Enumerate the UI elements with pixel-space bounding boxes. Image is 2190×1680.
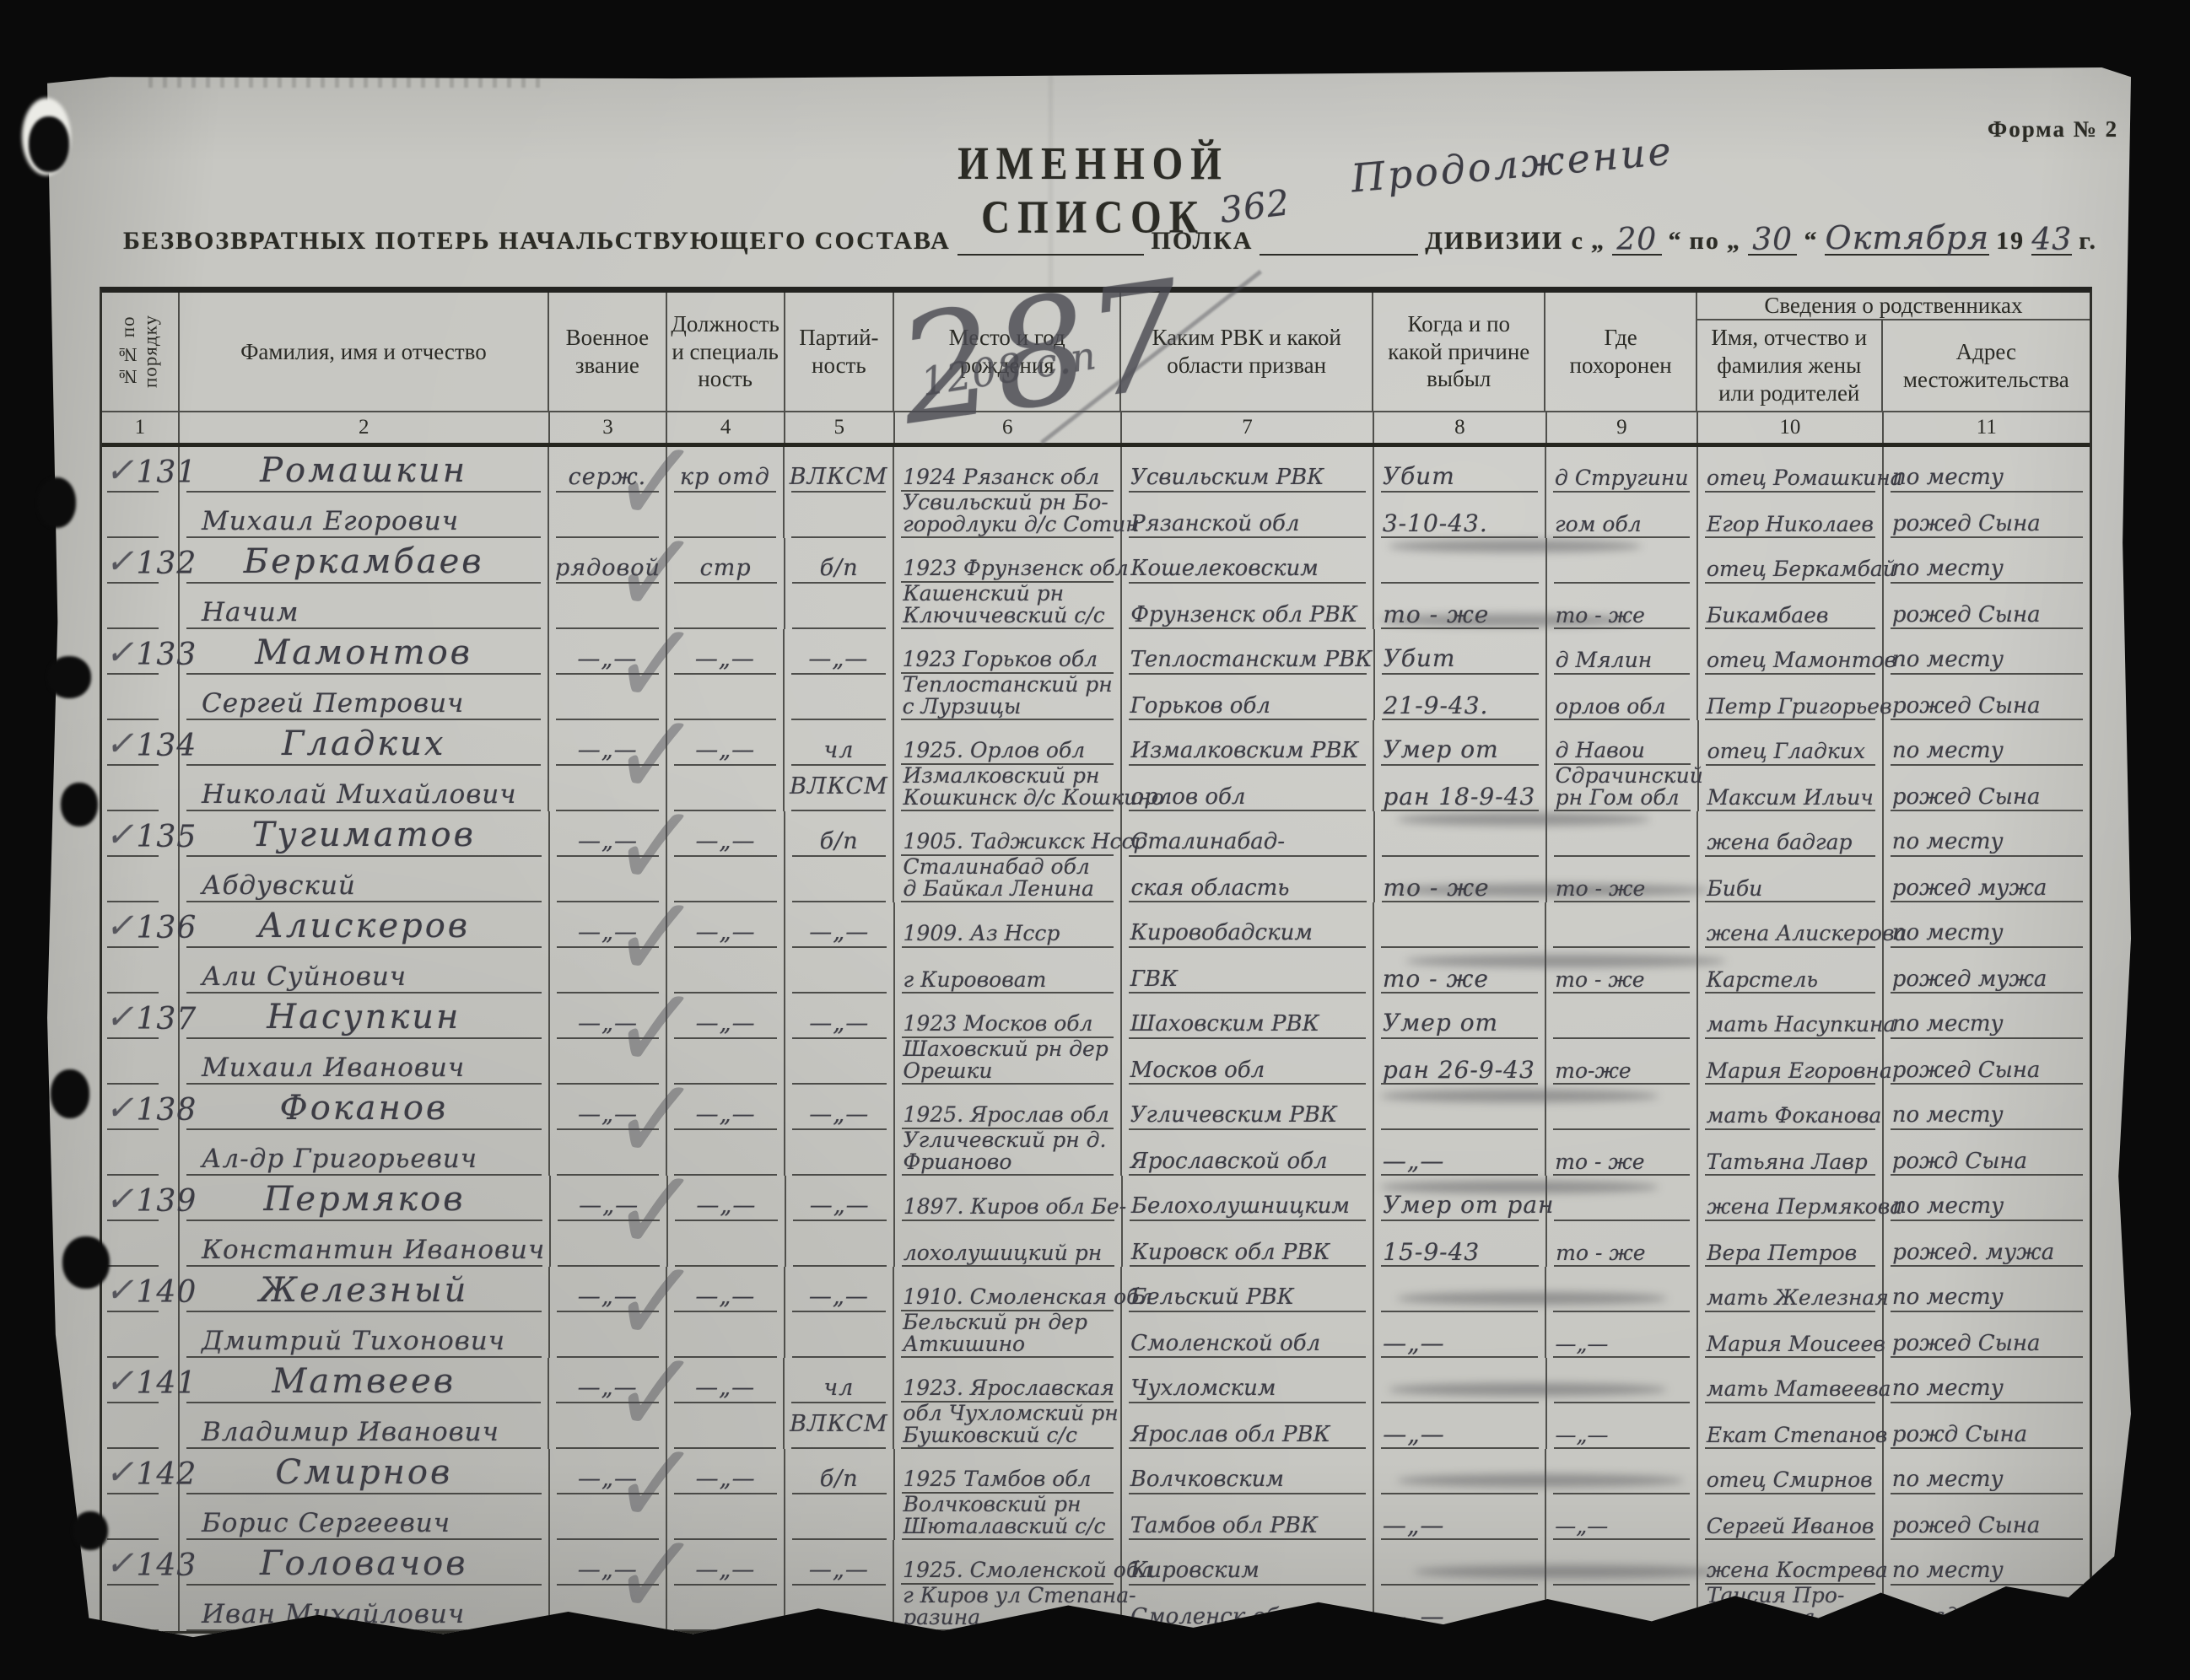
family-line2: Вера Петров bbox=[1707, 1242, 1857, 1264]
cell-duty: —„— bbox=[667, 902, 785, 993]
birth-line3: разина bbox=[903, 1607, 980, 1629]
cell-rvk: БелохолушницкимКировск обл РВК bbox=[1123, 1176, 1374, 1267]
cell-family: жена АлискероваКарстель bbox=[1698, 902, 1884, 993]
cell-cause: Убит3-10-43. bbox=[1374, 447, 1546, 538]
row-check-icon: ✓ bbox=[105, 724, 135, 763]
name-line1: Ромашкин bbox=[260, 451, 467, 490]
address-line2: рожд Сына bbox=[1892, 1424, 2027, 1446]
buried-line2: —„— bbox=[1556, 1424, 1609, 1446]
party-line1: —„— bbox=[809, 1010, 869, 1037]
punch-hole bbox=[29, 116, 69, 172]
cell-family: жена бадгарБиби bbox=[1698, 811, 1883, 902]
cell-name: ГоловачовИван Михайлович bbox=[180, 1540, 550, 1631]
cause-line2: 15-9-43 bbox=[1383, 1240, 1480, 1264]
family-line1: жена Алискерова bbox=[1707, 921, 1907, 945]
address-line2: рожед Сына bbox=[1892, 513, 2041, 536]
birth-line1: 1923 Москов обл bbox=[904, 1011, 1093, 1036]
cell-buried: —„— bbox=[1546, 1449, 1697, 1540]
duty-line1: —„— bbox=[696, 1010, 756, 1037]
cell-address: по местурожед Сына bbox=[1884, 993, 2090, 1085]
party-line1: —„— bbox=[809, 919, 869, 945]
cell-duty: —„— bbox=[667, 1358, 785, 1449]
cause-line2: ран 18-9-43 bbox=[1383, 784, 1535, 809]
cell-cause: —„— bbox=[1374, 1358, 1546, 1449]
cell-name: ПермяковКонстантин Иванович bbox=[180, 1176, 551, 1267]
cell-name: СмирновБорис Сергеевич bbox=[180, 1449, 550, 1540]
party-line1: б/п bbox=[820, 1466, 859, 1492]
rank-line1: —„— bbox=[578, 828, 638, 854]
buried-line1: д Стругини bbox=[1555, 466, 1688, 490]
cell-rvk: КировобадскимГВК bbox=[1122, 902, 1374, 993]
cell-family: жена ПермяковаВера Петров bbox=[1698, 1176, 1884, 1267]
header-col-name: Фамилия, имя и отчество bbox=[180, 293, 549, 411]
table-row: ✓135ТугиматовАбдувский—„——„—б/п1905. Тад… bbox=[102, 811, 2090, 902]
name-line2: Михаил Иванович bbox=[202, 1054, 465, 1082]
address-line2: рожед Сына bbox=[1892, 786, 2041, 809]
cell-num: ✓140 bbox=[102, 1267, 180, 1358]
cell-name: ТугиматовАбдувский bbox=[180, 811, 550, 902]
rvk-line2: Смоленской обл bbox=[1130, 1333, 1320, 1355]
cell-party: члВЛКСМ bbox=[785, 1358, 894, 1449]
family-line1: мать Матвеева bbox=[1707, 1376, 1891, 1401]
rvk-line2: орлов обл bbox=[1130, 786, 1245, 809]
cell-duty: —„— bbox=[667, 1085, 785, 1176]
cell-num: ✓136 bbox=[102, 902, 180, 993]
cause-line1: Убит bbox=[1383, 462, 1455, 490]
rank-line1: —„— bbox=[578, 737, 638, 763]
address-line1: по месту bbox=[1892, 1193, 2004, 1219]
name-line2: Николай Михайлович bbox=[202, 781, 517, 809]
birth-line2: обл Чухломский рн bbox=[903, 1403, 1118, 1424]
cell-birth: 1910. Смоленская облБельский рн дерАткиш… bbox=[894, 1267, 1122, 1358]
family-line1: жена Пермякова bbox=[1707, 1194, 1902, 1219]
cell-address: по местурожед Сына bbox=[1884, 720, 2090, 811]
cell-rank: —„— bbox=[549, 720, 667, 811]
rvk-line2: Фрунзенск обл РВК bbox=[1130, 604, 1357, 627]
col-number: 4 bbox=[667, 412, 785, 443]
birth-line1: 1923 Фрунзенск обл bbox=[903, 556, 1128, 580]
cell-birth: 1905. Таджикск НссрСталинабад облд Байка… bbox=[894, 811, 1122, 902]
cell-duty: кр отд bbox=[667, 447, 785, 538]
family-line2: Бикамбаев bbox=[1707, 605, 1829, 627]
name-line1: Железный bbox=[259, 1271, 468, 1310]
row-check-icon: ✓ bbox=[105, 1544, 135, 1583]
cell-rvk: КошелековскимФрунзенск обл РВК bbox=[1122, 538, 1374, 629]
to-day-handwritten: 30 bbox=[1752, 223, 1793, 257]
cell-name: БеркамбаевНачим bbox=[180, 538, 549, 629]
col-number: 1 bbox=[102, 412, 180, 443]
family-line1: отец Гладких bbox=[1707, 739, 1865, 763]
birth-line1: 1925 Тамбов обл bbox=[904, 1467, 1092, 1491]
buried-line1: д Навои bbox=[1556, 738, 1645, 762]
rank-line1: —„— bbox=[578, 919, 638, 945]
duty-line1: —„— bbox=[695, 1557, 755, 1583]
rank-line1: рядовой bbox=[555, 555, 661, 581]
col-number: 9 bbox=[1547, 412, 1699, 443]
birth-line3: Бушковский с/с bbox=[903, 1424, 1077, 1446]
cause-line1: Убит bbox=[1384, 644, 1456, 672]
buried-line2: —„— bbox=[1555, 1333, 1608, 1355]
rvk-line2: Ярослав обл РВК bbox=[1130, 1424, 1330, 1446]
family-line1: мать Железная bbox=[1707, 1285, 1889, 1310]
cell-address: по местурожед Сына bbox=[1884, 1267, 2090, 1358]
address-line1: по месту bbox=[1892, 920, 2004, 945]
table-row: ✓134ГладкихНиколай Михайлович—„——„—члВЛК… bbox=[102, 720, 2090, 811]
cell-birth: 1923 Фрунзенск облКашенский рнКлючичевск… bbox=[894, 538, 1122, 629]
cell-rank: —„— bbox=[550, 1540, 668, 1631]
rvk-line2: ГВК bbox=[1130, 968, 1178, 991]
cell-duty: —„— bbox=[667, 993, 785, 1085]
cell-num: ✓131 bbox=[102, 447, 180, 538]
cell-party: —„— bbox=[785, 993, 895, 1085]
name-line1: Мамонтов bbox=[255, 633, 472, 672]
paper-sheet: Форма № 2 ИМЕННОЙ СПИСОК Продолжение 362… bbox=[47, 67, 2131, 1651]
table-body: ✓131РомашкинМихаил Егоровичсерж.кр отдВЛ… bbox=[102, 447, 2090, 1631]
address-line1: по месту bbox=[1892, 1558, 2004, 1583]
birth-line2: Измалковский рн bbox=[903, 765, 1099, 787]
address-line2: рожд Сына bbox=[1892, 1150, 2027, 1173]
cause-line1: Умер от bbox=[1383, 1009, 1498, 1037]
table-row: ✓142СмирновБорис Сергеевич—„——„—б/п1925 … bbox=[102, 1449, 2090, 1540]
address-line2: рожед мужа bbox=[1892, 877, 2047, 900]
cell-name: МамонтовСергей Петрович bbox=[180, 629, 549, 720]
quote-close-icon: “ bbox=[1669, 227, 1683, 256]
birth-line1: 1909. Аз Нсср bbox=[904, 921, 1060, 945]
row-check-icon: ✓ bbox=[105, 1089, 135, 1128]
header-col-family: Имя, отчество и фамилия жены или родител… bbox=[1697, 320, 1883, 411]
rank-line1: —„— bbox=[578, 1010, 638, 1037]
cell-name: РомашкинМихаил Егорович bbox=[180, 447, 549, 538]
scan-noise bbox=[148, 76, 545, 88]
month-field: Октября bbox=[1825, 216, 1989, 256]
birth-line3: с Лурзицы bbox=[903, 696, 1022, 718]
header-col-address: Адрес местожительства bbox=[1883, 320, 2090, 411]
cell-rvk: ВолчковскимТамбов обл РВК bbox=[1122, 1449, 1374, 1540]
cause-line2: то - же bbox=[1383, 967, 1489, 991]
cell-address: по местурожд Сына bbox=[1884, 1085, 2090, 1176]
name-line2: Абдувский bbox=[202, 872, 356, 900]
year-handwritten: 43 bbox=[2031, 223, 2072, 257]
rvk-line1: Усвильским РВК bbox=[1130, 465, 1324, 490]
punch-hole bbox=[61, 783, 98, 827]
cell-num: ✓139 bbox=[102, 1176, 180, 1267]
rvk-line1: Кошелековским bbox=[1130, 556, 1318, 581]
punch-hole bbox=[37, 477, 76, 528]
address-line1: по месту bbox=[1892, 465, 2004, 490]
table-row: ✓143ГоловачовИван Михайлович—„——„——„—192… bbox=[102, 1540, 2090, 1631]
name-line1: Пермяков bbox=[263, 1180, 465, 1219]
cell-birth: 1925. Смоленской облг Киров ул Степана-р… bbox=[894, 1540, 1122, 1631]
rank-line1: —„— bbox=[577, 646, 637, 672]
cell-buried: то-же bbox=[1546, 993, 1697, 1085]
cell-num: ✓143 bbox=[102, 1540, 180, 1631]
row-check-icon: ✓ bbox=[105, 1453, 135, 1492]
family-line1: мать Насупкина bbox=[1707, 1012, 1896, 1037]
name-line2: Сергей Петрович bbox=[202, 690, 464, 718]
duty-line1: кр отд bbox=[680, 464, 770, 490]
cell-rank: рядовой bbox=[549, 538, 667, 629]
pencil-smudge bbox=[1380, 1181, 1659, 1193]
col-number: 8 bbox=[1374, 412, 1546, 443]
family-line2: Максим Ильич bbox=[1707, 787, 1874, 809]
regiment-underline bbox=[1260, 254, 1418, 256]
party-line1: —„— bbox=[809, 1284, 869, 1310]
cell-birth: 1909. Аз Нссрг Кирововат bbox=[895, 902, 1122, 993]
from-day-field: 20 bbox=[1612, 218, 1662, 256]
cell-family: отец БеркамбайБикамбаев bbox=[1698, 538, 1884, 629]
rvk-line1: Белохолушницким bbox=[1131, 1193, 1350, 1219]
row-check-icon: ✓ bbox=[105, 1362, 135, 1401]
cell-birth: 1897. Киров обл Бе-лохолушицкий рн bbox=[895, 1176, 1123, 1267]
duty-line1: —„— bbox=[696, 1101, 756, 1128]
address-line1: по месту bbox=[1892, 1102, 2004, 1128]
cell-family: мать ЖелезнаяМария Моисеев bbox=[1698, 1267, 1884, 1358]
rvk-line2: Тамбов обл РВК bbox=[1130, 1515, 1318, 1537]
name-line1: Смирнов bbox=[275, 1453, 452, 1492]
cell-rvk: Шаховским РВКМосков обл bbox=[1122, 993, 1374, 1085]
row-check-icon: ✓ bbox=[105, 1271, 135, 1310]
cell-duty: —„— bbox=[667, 720, 785, 811]
col-number: 11 bbox=[1884, 412, 2090, 443]
duty-line1: —„— bbox=[695, 1284, 755, 1310]
from-day-handwritten: 20 bbox=[1616, 223, 1657, 257]
document-scan: Форма № 2 ИМЕННОЙ СПИСОК Продолжение 362… bbox=[0, 0, 2190, 1680]
party-line1: чл bbox=[823, 1375, 854, 1401]
duty-line1: —„— bbox=[696, 919, 756, 945]
cause-line1: Умер от ран bbox=[1383, 1191, 1554, 1219]
year-prefix-label: 19 bbox=[1996, 227, 2025, 256]
duty-line1: —„— bbox=[695, 737, 755, 763]
cell-num: ✓141 bbox=[102, 1358, 180, 1449]
blank-underline bbox=[957, 254, 1145, 256]
name-line1: Насупкин bbox=[267, 998, 461, 1037]
address-line2: рожед Сына bbox=[1892, 1333, 2041, 1355]
rvk-line2: Москов обл bbox=[1130, 1059, 1265, 1082]
cell-buried: —„— bbox=[1547, 1358, 1698, 1449]
cell-num: ✓135 bbox=[102, 811, 180, 902]
row-check-icon: ✓ bbox=[105, 633, 135, 672]
family-line1: отец Мамонтов bbox=[1707, 648, 1896, 672]
table-row: ✓141МатвеевВладимир Иванович—„——„—члВЛКС… bbox=[102, 1358, 2090, 1449]
buried-line2: —„— bbox=[1555, 1516, 1608, 1537]
family-line1: отец Смирнов bbox=[1707, 1467, 1873, 1492]
birth-line3: д Байкал Ленина bbox=[903, 878, 1093, 900]
name-line1: Алискеров bbox=[258, 907, 470, 945]
rank-line1: —„— bbox=[578, 1557, 638, 1583]
rank-line1: —„— bbox=[578, 1101, 638, 1128]
birth-line3: Ключичевский с/с bbox=[903, 605, 1104, 627]
rvk-line2: Кировск обл РВК bbox=[1131, 1241, 1330, 1264]
year-field: 43 bbox=[2031, 218, 2072, 256]
rank-line1: серж. bbox=[569, 464, 647, 490]
rvk-line1: Теплостанским РВК bbox=[1130, 647, 1373, 672]
table-row: ✓137НасупкинМихаил Иванович—„——„——„—1923… bbox=[102, 993, 2090, 1085]
buried-line2: орлов обл bbox=[1556, 696, 1666, 718]
buried-line2: то - же bbox=[1556, 1242, 1645, 1264]
table-row: ✓133МамонтовСергей Петрович—„——„——„—1923… bbox=[102, 629, 2090, 720]
family-line1: жена Кострева bbox=[1707, 1558, 1888, 1582]
table-row: ✓139ПермяковКонстантин Иванович—„——„——„—… bbox=[102, 1176, 2090, 1267]
rvk-line1: Кировским bbox=[1130, 1558, 1260, 1583]
family-line1: отец Ромашкина bbox=[1707, 466, 1903, 490]
rvk-line1: Бельский РВК bbox=[1130, 1284, 1294, 1310]
cell-birth: 1923. Ярославскаяобл Чухломский рнБушков… bbox=[894, 1358, 1122, 1449]
address-line1: по месту bbox=[1892, 556, 2004, 581]
cell-birth: 1925. Ярослав облУгличевский рн д.Фриано… bbox=[895, 1085, 1122, 1176]
header-col-duty: Должность и специаль ность bbox=[667, 293, 785, 411]
family-line2: Мария Егоровна bbox=[1707, 1060, 1892, 1082]
buried-line2: Сдрачинский bbox=[1556, 765, 1703, 787]
pencil-smudge bbox=[1389, 884, 1709, 897]
birth-line3: Фрианово bbox=[904, 1151, 1012, 1173]
family-line1: жена бадгар bbox=[1707, 830, 1852, 854]
duty-line1: —„— bbox=[695, 646, 755, 672]
cell-address: по местурожд мужа bbox=[1884, 1540, 2090, 1631]
party-line1: —„— bbox=[809, 1557, 869, 1583]
birth-line2: Волчковский рн bbox=[904, 1494, 1082, 1516]
cause-line2: 21-9-43. bbox=[1384, 693, 1489, 718]
name-line1: Фоканов bbox=[279, 1089, 448, 1128]
cell-address: по местурожед мужа bbox=[1884, 902, 2090, 993]
name-line1: Гладких bbox=[282, 724, 445, 763]
pencil-smudge bbox=[1397, 1474, 1684, 1487]
cell-birth: 1925 Тамбов облВолчковский рнШюталавский… bbox=[895, 1449, 1122, 1540]
birth-line1: 1923. Ярославская bbox=[903, 1376, 1114, 1400]
year-suffix-label: г. bbox=[2079, 227, 2097, 256]
birth-line1: 1897. Киров обл Бе- bbox=[904, 1194, 1126, 1219]
header-col-rank: Военное звание bbox=[549, 293, 667, 411]
buried-line3: рн Гом обл bbox=[1556, 787, 1680, 809]
cell-num: ✓138 bbox=[102, 1085, 180, 1176]
rvk-line1: Чухломским bbox=[1130, 1376, 1276, 1401]
birth-line2: Угличевский рн д. bbox=[904, 1129, 1107, 1151]
name-line1: Тугиматов bbox=[252, 816, 476, 854]
punch-hole bbox=[73, 1511, 108, 1550]
birth-line1: 1924 Рязанск обл bbox=[903, 465, 1099, 489]
name-line2: Ал-др Григорьевич bbox=[202, 1145, 477, 1173]
cell-rvk: Измалковским РВКорлов обл bbox=[1122, 720, 1374, 811]
cell-cause: Умер отран 18-9-43 bbox=[1374, 720, 1546, 811]
punch-hole bbox=[47, 656, 91, 698]
cell-name: АлискеровАли Суйнович bbox=[180, 902, 550, 993]
cell-duty: —„— bbox=[667, 1449, 785, 1540]
cell-family: мать МатвееваЕкат Степанов bbox=[1698, 1358, 1884, 1449]
family-line2: Екат Степанов bbox=[1707, 1424, 1887, 1446]
address-line1: по месту bbox=[1892, 1284, 2004, 1310]
col-number: 5 bbox=[785, 412, 895, 443]
header-col-party: Партий- ность bbox=[785, 293, 895, 411]
rvk-line1: Угличевским РВК bbox=[1130, 1102, 1337, 1128]
cell-address: по местурожед мужа bbox=[1884, 811, 2090, 902]
header-col-order-number: №№ по порядку bbox=[102, 293, 180, 411]
cell-buried: то - же bbox=[1546, 902, 1697, 993]
header-col-cause: Когда и по какой причине выбыл bbox=[1373, 293, 1545, 411]
birth-line2: Усвильский рн Бо- bbox=[903, 492, 1108, 514]
cell-rvk: Бельский РВКСмоленской обл bbox=[1122, 1267, 1374, 1358]
cell-party: —„— bbox=[786, 1176, 895, 1267]
name-line2: Михаил Егорович bbox=[202, 508, 459, 536]
cell-duty: —„— bbox=[667, 629, 785, 720]
pencil-smudge bbox=[1389, 1383, 1667, 1396]
name-line2: Иван Михайлович bbox=[202, 1601, 465, 1629]
cell-buried: д НавоиСдрачинскийрн Гом обл bbox=[1547, 720, 1699, 811]
col-number: 10 bbox=[1698, 412, 1883, 443]
family-line2: Таисия Про- bbox=[1707, 1585, 1845, 1607]
to-day-field: 30 bbox=[1748, 218, 1798, 256]
cell-party: б/п bbox=[785, 538, 895, 629]
casualty-table: №№ по порядку Фамилия, имя и отчество Во… bbox=[100, 287, 2092, 1634]
cell-family: жена КостреваТаисия Про-фриловна bbox=[1698, 1540, 1884, 1631]
cell-family: отец СмирновСергей Иванов bbox=[1698, 1449, 1884, 1540]
cell-birth: 1923 Горьков облТеплостанский рнс Лурзиц… bbox=[894, 629, 1122, 720]
header-family-group-title: Сведения о родственниках bbox=[1697, 293, 2090, 320]
cell-rank: —„— bbox=[550, 1085, 668, 1176]
rvk-line1: Волчковским bbox=[1130, 1467, 1284, 1492]
cell-cause: Убит21-9-43. bbox=[1375, 629, 1547, 720]
cell-name: МатвеевВладимир Иванович bbox=[180, 1358, 549, 1449]
family-line1: мать Фоканова bbox=[1707, 1103, 1882, 1128]
rvk-line1: Кировобадским bbox=[1130, 920, 1313, 945]
cell-rvk: ЧухломскимЯрослав обл РВК bbox=[1122, 1358, 1374, 1449]
party-line2: ВЛКСМ bbox=[790, 775, 888, 799]
address-line2: рожед Сына bbox=[1892, 695, 2041, 718]
cell-rank: —„— bbox=[550, 811, 668, 902]
buried-line1: д Мялин bbox=[1556, 648, 1652, 672]
cell-rank: —„— bbox=[550, 993, 668, 1085]
name-line2: Дмитрий Тихонович bbox=[202, 1327, 505, 1355]
pencil-smudge bbox=[1380, 1090, 1659, 1102]
cell-address: по местурожед Сына bbox=[1884, 538, 2090, 629]
cell-num: ✓132 bbox=[102, 538, 180, 629]
name-line2: Али Суйнович bbox=[202, 963, 407, 991]
cell-address: по местурожед Сына bbox=[1884, 629, 2090, 720]
family-line2: Карстель bbox=[1707, 969, 1818, 991]
cell-address: по местурожд Сына bbox=[1884, 1358, 2090, 1449]
birth-line1: 1910. Смоленская обл bbox=[903, 1284, 1152, 1309]
title-annotation-handwritten: Продолжение bbox=[1349, 127, 1675, 201]
address-line2: рожед Сына bbox=[1892, 604, 2041, 627]
cell-duty: стр bbox=[667, 538, 785, 629]
cell-cause: —„— bbox=[1374, 1540, 1546, 1631]
punch-hole bbox=[51, 1069, 89, 1118]
cell-duty: —„— bbox=[667, 1267, 785, 1358]
cell-cause: то - же bbox=[1374, 902, 1546, 993]
party-line1: —„— bbox=[809, 1101, 869, 1128]
cell-num: ✓137 bbox=[102, 993, 180, 1085]
party-line1: ВЛКСМ bbox=[790, 464, 888, 490]
rank-line1: —„— bbox=[579, 1193, 639, 1219]
address-line2: рожед мужа bbox=[1892, 968, 2047, 991]
rvk-line2: Рязанской обл bbox=[1130, 513, 1299, 536]
cell-rank: —„— bbox=[551, 1176, 668, 1267]
family-line2: Сергей Иванов bbox=[1707, 1516, 1874, 1537]
name-line2: Владимир Иванович bbox=[202, 1419, 499, 1446]
cell-party: —„— bbox=[785, 1540, 895, 1631]
cell-rank: —„— bbox=[550, 1267, 668, 1358]
name-line2: Начим bbox=[202, 599, 299, 627]
cell-num: ✓134 bbox=[102, 720, 180, 811]
family-line2: Егор Николаев bbox=[1707, 514, 1874, 536]
cell-rank: —„— bbox=[550, 902, 668, 993]
cell-birth: 1925. Орлов облИзмалковский рнКошкинск д… bbox=[894, 720, 1122, 811]
birth-line2: Сталинабад обл bbox=[903, 856, 1089, 878]
col-number: 2 bbox=[180, 412, 550, 443]
party-line1: —„— bbox=[808, 646, 868, 672]
rvk-line2: Горьков обл bbox=[1130, 695, 1270, 718]
row-check-icon: ✓ bbox=[105, 542, 135, 581]
cause-line2: —„— bbox=[1383, 1331, 1445, 1355]
cause-line2: —„— bbox=[1383, 1513, 1445, 1537]
